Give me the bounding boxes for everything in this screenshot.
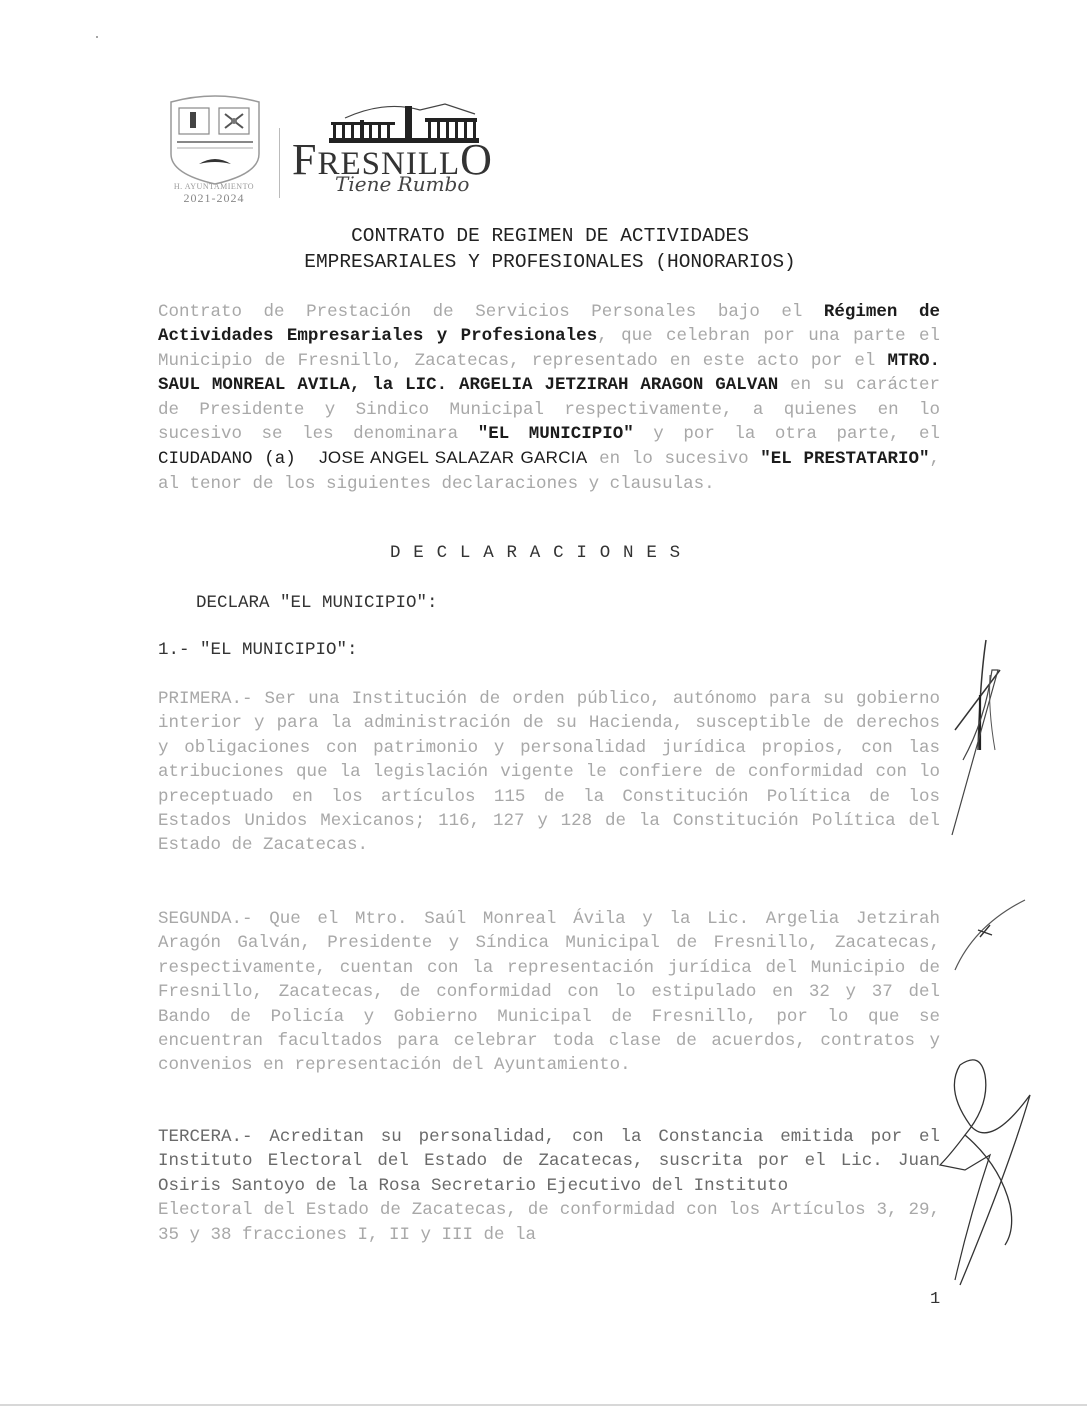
party-prestatario: "EL PRESTATARIO" [760,449,929,469]
logo-divider [279,128,280,198]
document-title-line-1: CONTRATO DE REGIMEN DE ACTIVIDADES [150,223,950,249]
intro-text: en lo sucesivo [587,449,760,469]
page-edge [0,1404,1087,1406]
intro-text: y por la otra parte, el [634,424,940,444]
signature-sindica-icon [950,895,1030,975]
clause-tercera-part1: TERCERA.- Acreditan su personalidad, con… [158,1127,940,1196]
intro-paragraph: Contrato de Prestación de Servicios Pers… [158,300,940,496]
clause-segunda: SEGUNDA.- Que el Mtro. Saúl Monreal Ávil… [158,907,940,1078]
scan-speck [96,36,98,38]
signature-contractor-icon [930,1055,1040,1295]
party-municipio: "EL MUNICIPIO" [478,424,634,444]
intro-text: Contrato de Prestación de Servicios Pers… [158,302,824,322]
brand-tagline: Tiene Rumbo [335,172,469,196]
signature-president-icon [950,640,1020,840]
contractor-name: JOSE ANGEL SALAZAR GARCIA [319,448,587,467]
clause-primera: PRIMERA.- Ser una Institución de orden p… [158,687,940,858]
ciudadano-label: CIUDADANO [158,449,253,469]
brand-initial: F [292,135,317,184]
declara-heading: DECLARA "EL MUNICIPIO": [196,593,438,613]
seal-years: 2021-2024 [158,191,270,206]
clause-tercera: TERCERA.- Acreditan su personalidad, con… [158,1125,940,1247]
gender-marker: (a) [264,449,296,469]
seal-caption: H. AYUNTAMIENTO [158,182,270,191]
clause-tercera-part2: Electoral del Estado de Zacatecas, de co… [158,1200,940,1244]
section-heading-declaraciones: DECLARACIONES [390,543,693,563]
item-heading: 1.- "EL MUNICIPIO": [158,640,358,660]
document-title-line-2: EMPRESARIALES Y PROFESIONALES (HONORARIO… [150,249,950,275]
